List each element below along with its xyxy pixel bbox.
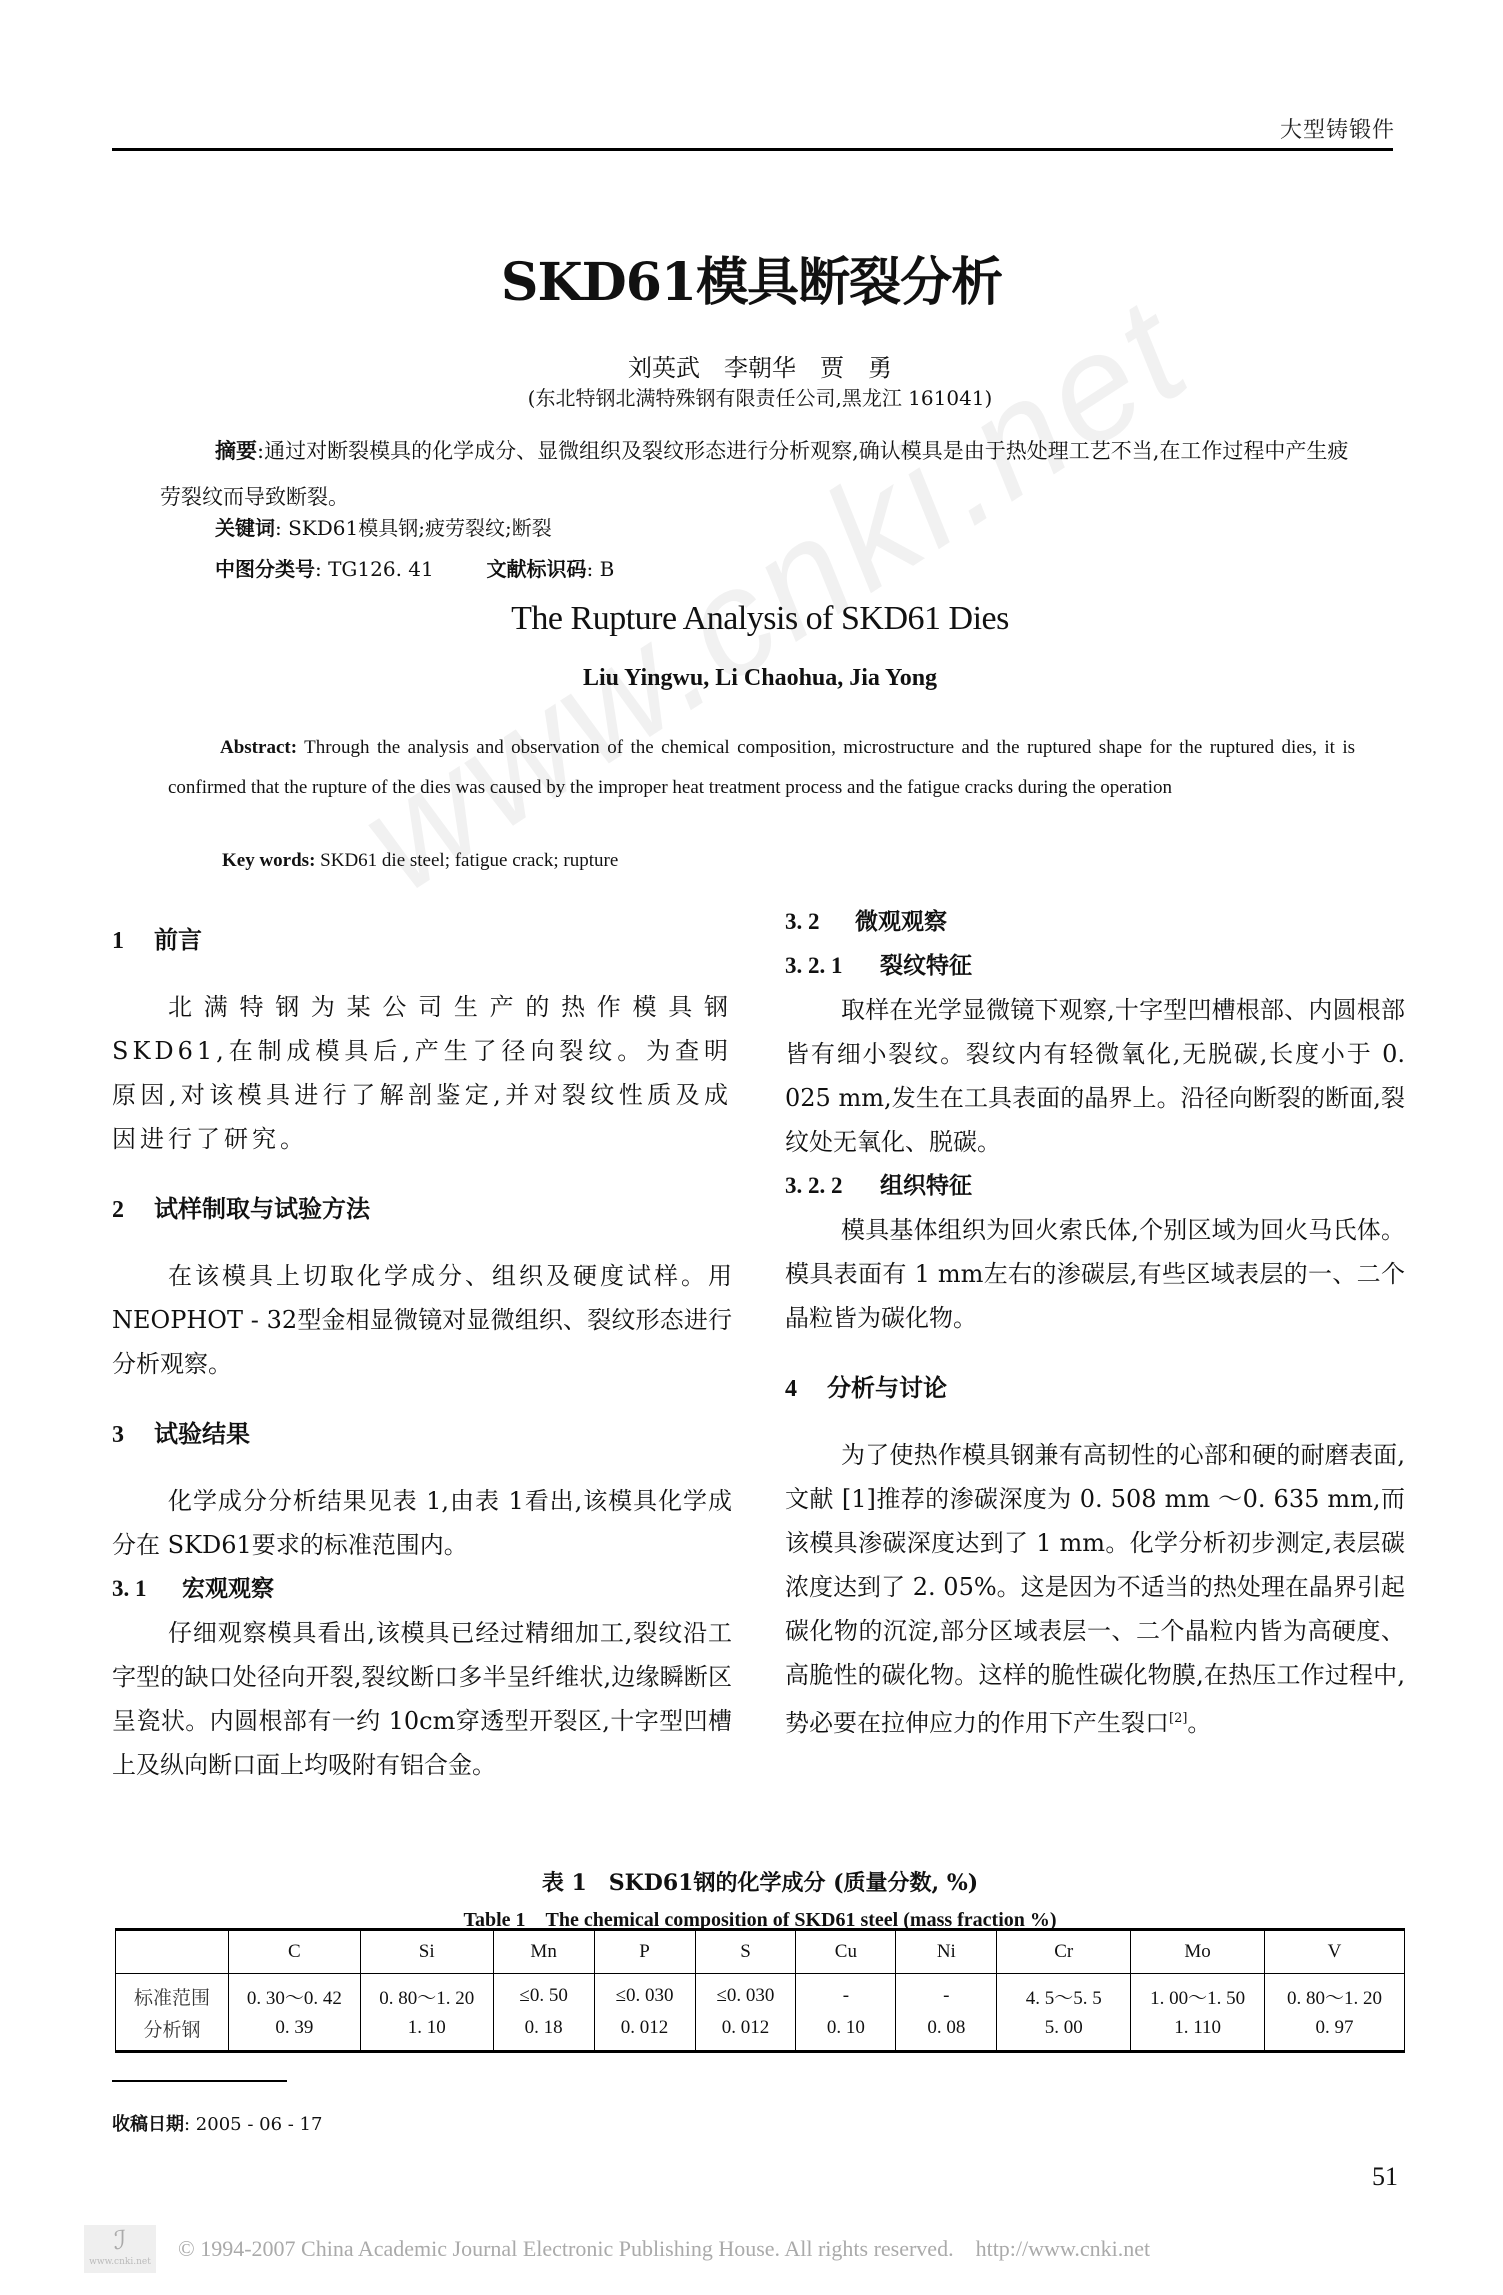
table-header-cell: Mn	[493, 1930, 594, 1974]
table-header-cell: P	[594, 1930, 695, 1974]
subsection-heading-3-2: 3. 2微观观察	[785, 900, 1405, 944]
table-cell: 1. 10	[360, 2012, 493, 2052]
received-date: 收稿日期: 2005 - 06 - 17	[112, 2110, 322, 2136]
paper-title-en: The Rupture Analysis of SKD61 Dies	[0, 600, 1503, 638]
subsection-heading-3-2-2: 3. 2. 2组织特征	[785, 1164, 1405, 1208]
doc-code-label: 文献标识码	[486, 557, 586, 581]
table-cell: 0. 08	[896, 2012, 997, 2052]
table-cell: 1. 00～1. 50	[1131, 1974, 1265, 2013]
table-cell: -	[896, 1974, 997, 2013]
table-cell: 1. 110	[1131, 2012, 1265, 2052]
table-cell: 0. 012	[695, 2012, 796, 2052]
section-heading-3: 3试验结果	[112, 1412, 732, 1457]
table-cell: 5. 00	[997, 2012, 1131, 2052]
journal-name: 大型铸锻件	[1280, 113, 1395, 144]
received-date-label: 收稿日期	[112, 2114, 184, 2135]
clc-label: 中图分类号	[215, 557, 315, 581]
table-cell: 0. 30～0. 42	[228, 1974, 360, 2013]
table-header-cell: Si	[360, 1930, 493, 1974]
keywords-zh: 关键词: SKD61模具钢;疲劳裂纹;断裂	[215, 512, 552, 541]
abstract-zh-label: 摘要	[215, 438, 257, 463]
section-3-paragraph: 化学成分分析结果见表 1,由表 1看出,该模具化学成分在 SKD61要求的标准范…	[112, 1479, 732, 1567]
keywords-en-text: SKD61 die steel; fatigue crack; rupture	[315, 850, 618, 871]
paper-title: SKD61模具断裂分析	[0, 240, 1503, 315]
abstract-zh-text: :通过对断裂模具的化学成分、显微组织及裂纹形态进行分析观察,确认模具是由于热处理…	[160, 439, 1348, 509]
table-caption-zh: 表 1 SKD61钢的化学成分 (质量分数, %)	[0, 1866, 1503, 1897]
table-header-cell: Cr	[997, 1930, 1131, 1974]
table-header-cell: Cu	[796, 1930, 896, 1974]
subsection-3-2-2-paragraph: 模具基体组织为回火索氏体,个别区域为回火马氏体。模具表面有 1 mm左右的渗碳层…	[785, 1208, 1405, 1340]
received-date-value: : 2005 - 06 - 17	[184, 2114, 322, 2135]
table-cell: 0. 18	[493, 2012, 594, 2052]
column-left: 1前言 北满特钢为某公司生产的热作模具钢 SKD61,在制成模具后,产生了径向裂…	[112, 918, 732, 1787]
keywords-en: Key words: SKD61 die steel; fatigue crac…	[222, 850, 618, 872]
table-row: 分析钢 0. 39 1. 10 0. 18 0. 012 0. 012 0. 1…	[116, 2012, 1405, 2052]
abstract-en-label: Abstract:	[220, 737, 297, 758]
clc-value: : TG126. 41	[315, 557, 434, 581]
affiliation: (东北特钢北满特殊钢有限责任公司,黑龙江 161041)	[0, 382, 1503, 411]
table-header-cell: S	[695, 1930, 796, 1974]
table-cell: 0. 80～1. 20	[360, 1974, 493, 2013]
section-2-paragraph: 在该模具上切取化学成分、组织及硬度试样。用 NEOPHOT - 32型金相显微镜…	[112, 1254, 732, 1386]
table-header-cell: Ni	[896, 1930, 997, 1974]
section-heading-4: 4分析与讨论	[785, 1366, 1405, 1411]
abstract-zh: 摘要:通过对断裂模具的化学成分、显微组织及裂纹形态进行分析观察,确认模具是由于热…	[160, 428, 1355, 520]
table-header-cell	[116, 1930, 229, 1974]
table-cell: 0. 39	[228, 2012, 360, 2052]
table-header-cell: V	[1265, 1930, 1405, 1974]
section-1-paragraph: 北满特钢为某公司生产的热作模具钢 SKD61,在制成模具后,产生了径向裂纹。为查…	[112, 985, 732, 1161]
classification: 中图分类号: TG126. 41 文献标识码: B	[215, 553, 614, 582]
abstract-en-text: Through the analysis and observation of …	[168, 737, 1355, 798]
footnote-rule	[112, 2080, 287, 2082]
authors-en: Liu Yingwu, Li Chaohua, Jia Yong	[0, 665, 1503, 692]
chemical-composition-table: C Si Mn P S Cu Ni Cr Mo V 标准范围 0. 30～0. …	[115, 1928, 1405, 2053]
keywords-zh-text: : SKD61模具钢;疲劳裂纹;断裂	[275, 516, 552, 540]
table-header-row: C Si Mn P S Cu Ni Cr Mo V	[116, 1930, 1405, 1974]
table-cell: 0. 80～1. 20	[1265, 1974, 1405, 2013]
table-cell: ≤0. 030	[594, 1974, 695, 2013]
citation-ref[interactable]: [2]	[1169, 1711, 1187, 1726]
authors-zh: 刘英武 李朝华 贾 勇	[0, 348, 1503, 383]
table-row: 标准范围 0. 30～0. 42 0. 80～1. 20 ≤0. 50 ≤0. …	[116, 1974, 1405, 2013]
copyright-notice: © 1994-2007 China Academic Journal Elect…	[178, 2232, 1150, 2263]
table-cell: 0. 012	[594, 2012, 695, 2052]
table-cell: ≤0. 030	[695, 1974, 796, 2013]
table-header-cell: Mo	[1131, 1930, 1265, 1974]
abstract-en: Abstract: Through the analysis and obser…	[168, 728, 1355, 808]
section-heading-2: 2试样制取与试验方法	[112, 1187, 732, 1232]
table-cell: ≤0. 50	[493, 1974, 594, 2013]
doc-code-value: : B	[586, 557, 614, 581]
table-cell: -	[796, 1974, 896, 2013]
page-number: 51	[1372, 2162, 1398, 2192]
keywords-zh-label: 关键词	[215, 516, 275, 540]
row-label: 分析钢	[116, 2012, 229, 2052]
header-rule	[112, 148, 1393, 151]
column-right: 3. 2微观观察 3. 2. 1裂纹特征 取样在光学显微镜下观察,十字型凹槽根部…	[785, 900, 1405, 1745]
subsection-heading-3-1: 3. 1宏观观察	[112, 1567, 732, 1611]
table-header-cell: C	[228, 1930, 360, 1974]
subsection-heading-3-2-1: 3. 2. 1裂纹特征	[785, 944, 1405, 988]
section-4-paragraph: 为了使热作模具钢兼有高韧性的心部和硬的耐磨表面,文献 [1]推荐的渗碳深度为 0…	[785, 1433, 1405, 1745]
keywords-en-label: Key words:	[222, 850, 315, 871]
subsection-3-2-1-paragraph: 取样在光学显微镜下观察,十字型凹槽根部、内圆根部皆有细小裂纹。裂纹内有轻微氧化,…	[785, 988, 1405, 1164]
row-label: 标准范围	[116, 1974, 229, 2013]
table-cell: 0. 97	[1265, 2012, 1405, 2052]
section-heading-1: 1前言	[112, 918, 732, 963]
table-cell: 4. 5～5. 5	[997, 1974, 1131, 2013]
cnki-logo-text: www.cnki.net	[89, 2257, 151, 2267]
cnki-logo-icon: ℐ	[84, 2225, 156, 2257]
cnki-logo: ℐ www.cnki.net	[84, 2225, 156, 2273]
subsection-3-1-paragraph: 仔细观察模具看出,该模具已经过精细加工,裂纹沿工字型的缺口处径向开裂,裂纹断口多…	[112, 1611, 732, 1787]
table-cell: 0. 10	[796, 2012, 896, 2052]
